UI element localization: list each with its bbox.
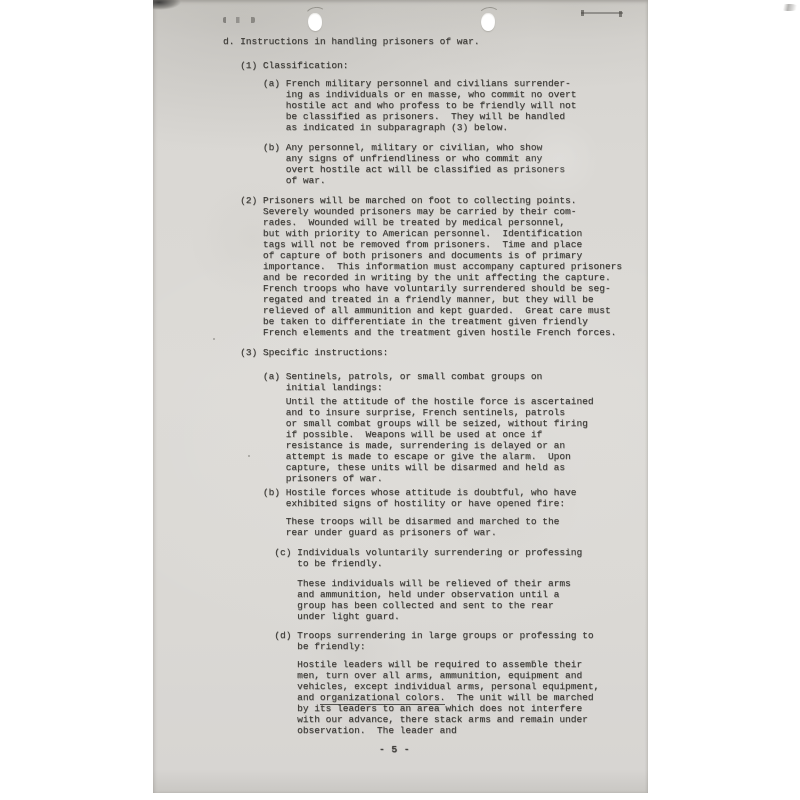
para-2: (2) Prisoners will be marched on foot to… bbox=[223, 195, 622, 338]
para-3-heading: (3) Specific instructions: bbox=[223, 347, 388, 358]
para-1-heading: (1) Classification: bbox=[223, 60, 348, 71]
para-3d-heading: (d) Troops surrendering in large groups … bbox=[223, 630, 594, 652]
para-3b-body: These troops will be disarmed and marche… bbox=[223, 516, 559, 538]
para-1b: (b) Any personnel, military or civilian,… bbox=[223, 142, 565, 186]
page-number: - 5 - bbox=[379, 744, 410, 755]
para-3a-heading: (a) Sentinels, patrols, or small combat … bbox=[223, 371, 542, 393]
document-page: d. Instructions in handling prisoners of… bbox=[153, 0, 648, 793]
para-1a: (a) French military personnel and civili… bbox=[223, 78, 576, 133]
scanner-fleck-top-right bbox=[780, 4, 798, 11]
para-3c-heading: (c) Individuals voluntarily surrendering… bbox=[223, 547, 582, 569]
para-3b-heading: (b) Hostile forces whose attitude is dou… bbox=[223, 487, 576, 509]
typewritten-text: d. Instructions in handling prisoners of… bbox=[153, 0, 648, 793]
heading-d: d. Instructions in handling prisoners of… bbox=[223, 36, 480, 47]
para-3a-body: Until the attitude of the hostile force … bbox=[223, 396, 594, 484]
para-3d-body: Hostile leaders will be required to asse… bbox=[223, 659, 599, 736]
para-3c-body: These individuals will be relieved of th… bbox=[223, 578, 571, 622]
scanned-document: d. Instructions in handling prisoners of… bbox=[0, 0, 800, 800]
